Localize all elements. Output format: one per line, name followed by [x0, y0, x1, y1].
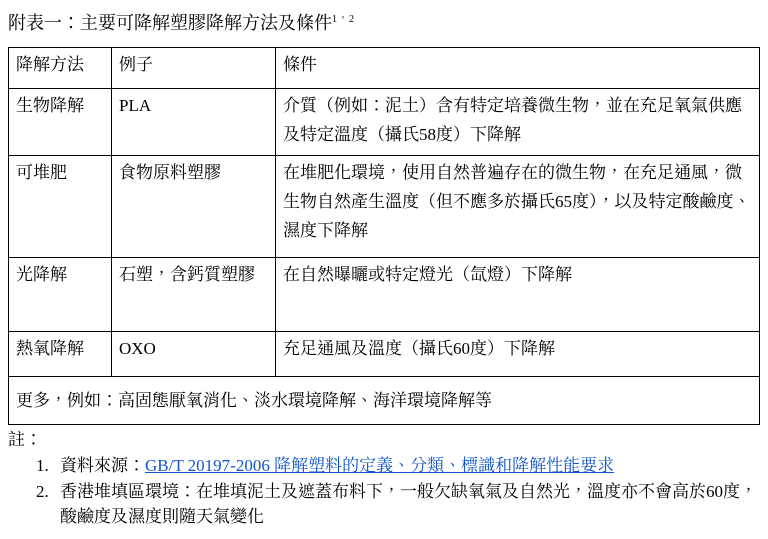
source-standard-link[interactable]: GB/T 20197-2006 降解塑料的定義、分類、標識和降解性能要求 — [145, 456, 614, 475]
cell-method: 熱氧降解 — [9, 332, 112, 377]
page-title-text: 附表一：主要可降解塑膠降解方法及條件 — [8, 13, 332, 33]
title-footnote-refs: 1，2 — [332, 14, 355, 25]
cell-condition: 在自然曝曬或特定燈光（氙燈）下降解 — [276, 258, 760, 332]
note-number: 1. — [36, 453, 60, 478]
page-title: 附表一：主要可降解塑膠降解方法及條件1，2 — [8, 8, 355, 35]
cell-condition: 充足通風及溫度（攝氏60度）下降解 — [276, 332, 760, 377]
table-footer-row: 更多，例如：高固態厭氧消化、淡水環境降解、海洋環境降解等 — [9, 377, 760, 425]
note-item-1: 1. 資料來源：GB/T 20197-2006 降解塑料的定義、分類、標識和降解… — [36, 453, 758, 478]
notes-label: 註： — [8, 427, 758, 452]
degradation-methods-table: 降解方法 例子 條件 生物降解 PLA 介質（例如：泥土）含有特定培養微生物，並… — [8, 47, 760, 425]
cell-method: 光降解 — [9, 258, 112, 332]
cell-example: 石塑，含鈣質塑膠 — [112, 258, 276, 332]
note-source-prefix: 資料來源： — [60, 456, 145, 475]
table-footer-cell: 更多，例如：高固態厭氧消化、淡水環境降解、海洋環境降解等 — [9, 377, 760, 425]
table-row: 生物降解 PLA 介質（例如：泥土）含有特定培養微生物，並在充足氧氣供應及特定溫… — [9, 89, 760, 156]
col-header-method: 降解方法 — [9, 48, 112, 89]
note-text: 香港堆填區環境：在堆填泥土及遮蓋布料下，一般欠缺氧氣及自然光，溫度亦不會高於60… — [60, 479, 758, 529]
table-row: 熱氧降解 OXO 充足通風及溫度（攝氏60度）下降解 — [9, 332, 760, 377]
cell-example: PLA — [112, 89, 276, 156]
cell-condition: 介質（例如：泥土）含有特定培養微生物，並在充足氧氣供應及特定溫度（攝氏58度）下… — [276, 89, 760, 156]
table-row: 可堆肥 食物原料塑膠 在堆肥化環境，使用自然普遍存在的微生物，在充足通風，微生物… — [9, 156, 760, 258]
cell-method: 生物降解 — [9, 89, 112, 156]
cell-example: 食物原料塑膠 — [112, 156, 276, 258]
cell-example: OXO — [112, 332, 276, 377]
document-page: 附表一：主要可降解塑膠降解方法及條件1，2 降解方法 例子 條件 生物降解 PL… — [0, 0, 768, 539]
col-header-example: 例子 — [112, 48, 276, 89]
table-header-row: 降解方法 例子 條件 — [9, 48, 760, 89]
table-row: 光降解 石塑，含鈣質塑膠 在自然曝曬或特定燈光（氙燈）下降解 — [9, 258, 760, 332]
cell-condition: 在堆肥化環境，使用自然普遍存在的微生物，在充足通風，微生物自然產生溫度（但不應多… — [276, 156, 760, 258]
note-number: 2. — [36, 479, 60, 529]
note-text: 資料來源：GB/T 20197-2006 降解塑料的定義、分類、標識和降解性能要… — [60, 453, 758, 478]
note-item-2: 2. 香港堆填區環境：在堆填泥土及遮蓋布料下，一般欠缺氧氣及自然光，溫度亦不會高… — [36, 479, 758, 529]
cell-method: 可堆肥 — [9, 156, 112, 258]
notes-section: 註： 1. 資料來源：GB/T 20197-2006 降解塑料的定義、分類、標識… — [8, 427, 758, 529]
col-header-condition: 條件 — [276, 48, 760, 89]
